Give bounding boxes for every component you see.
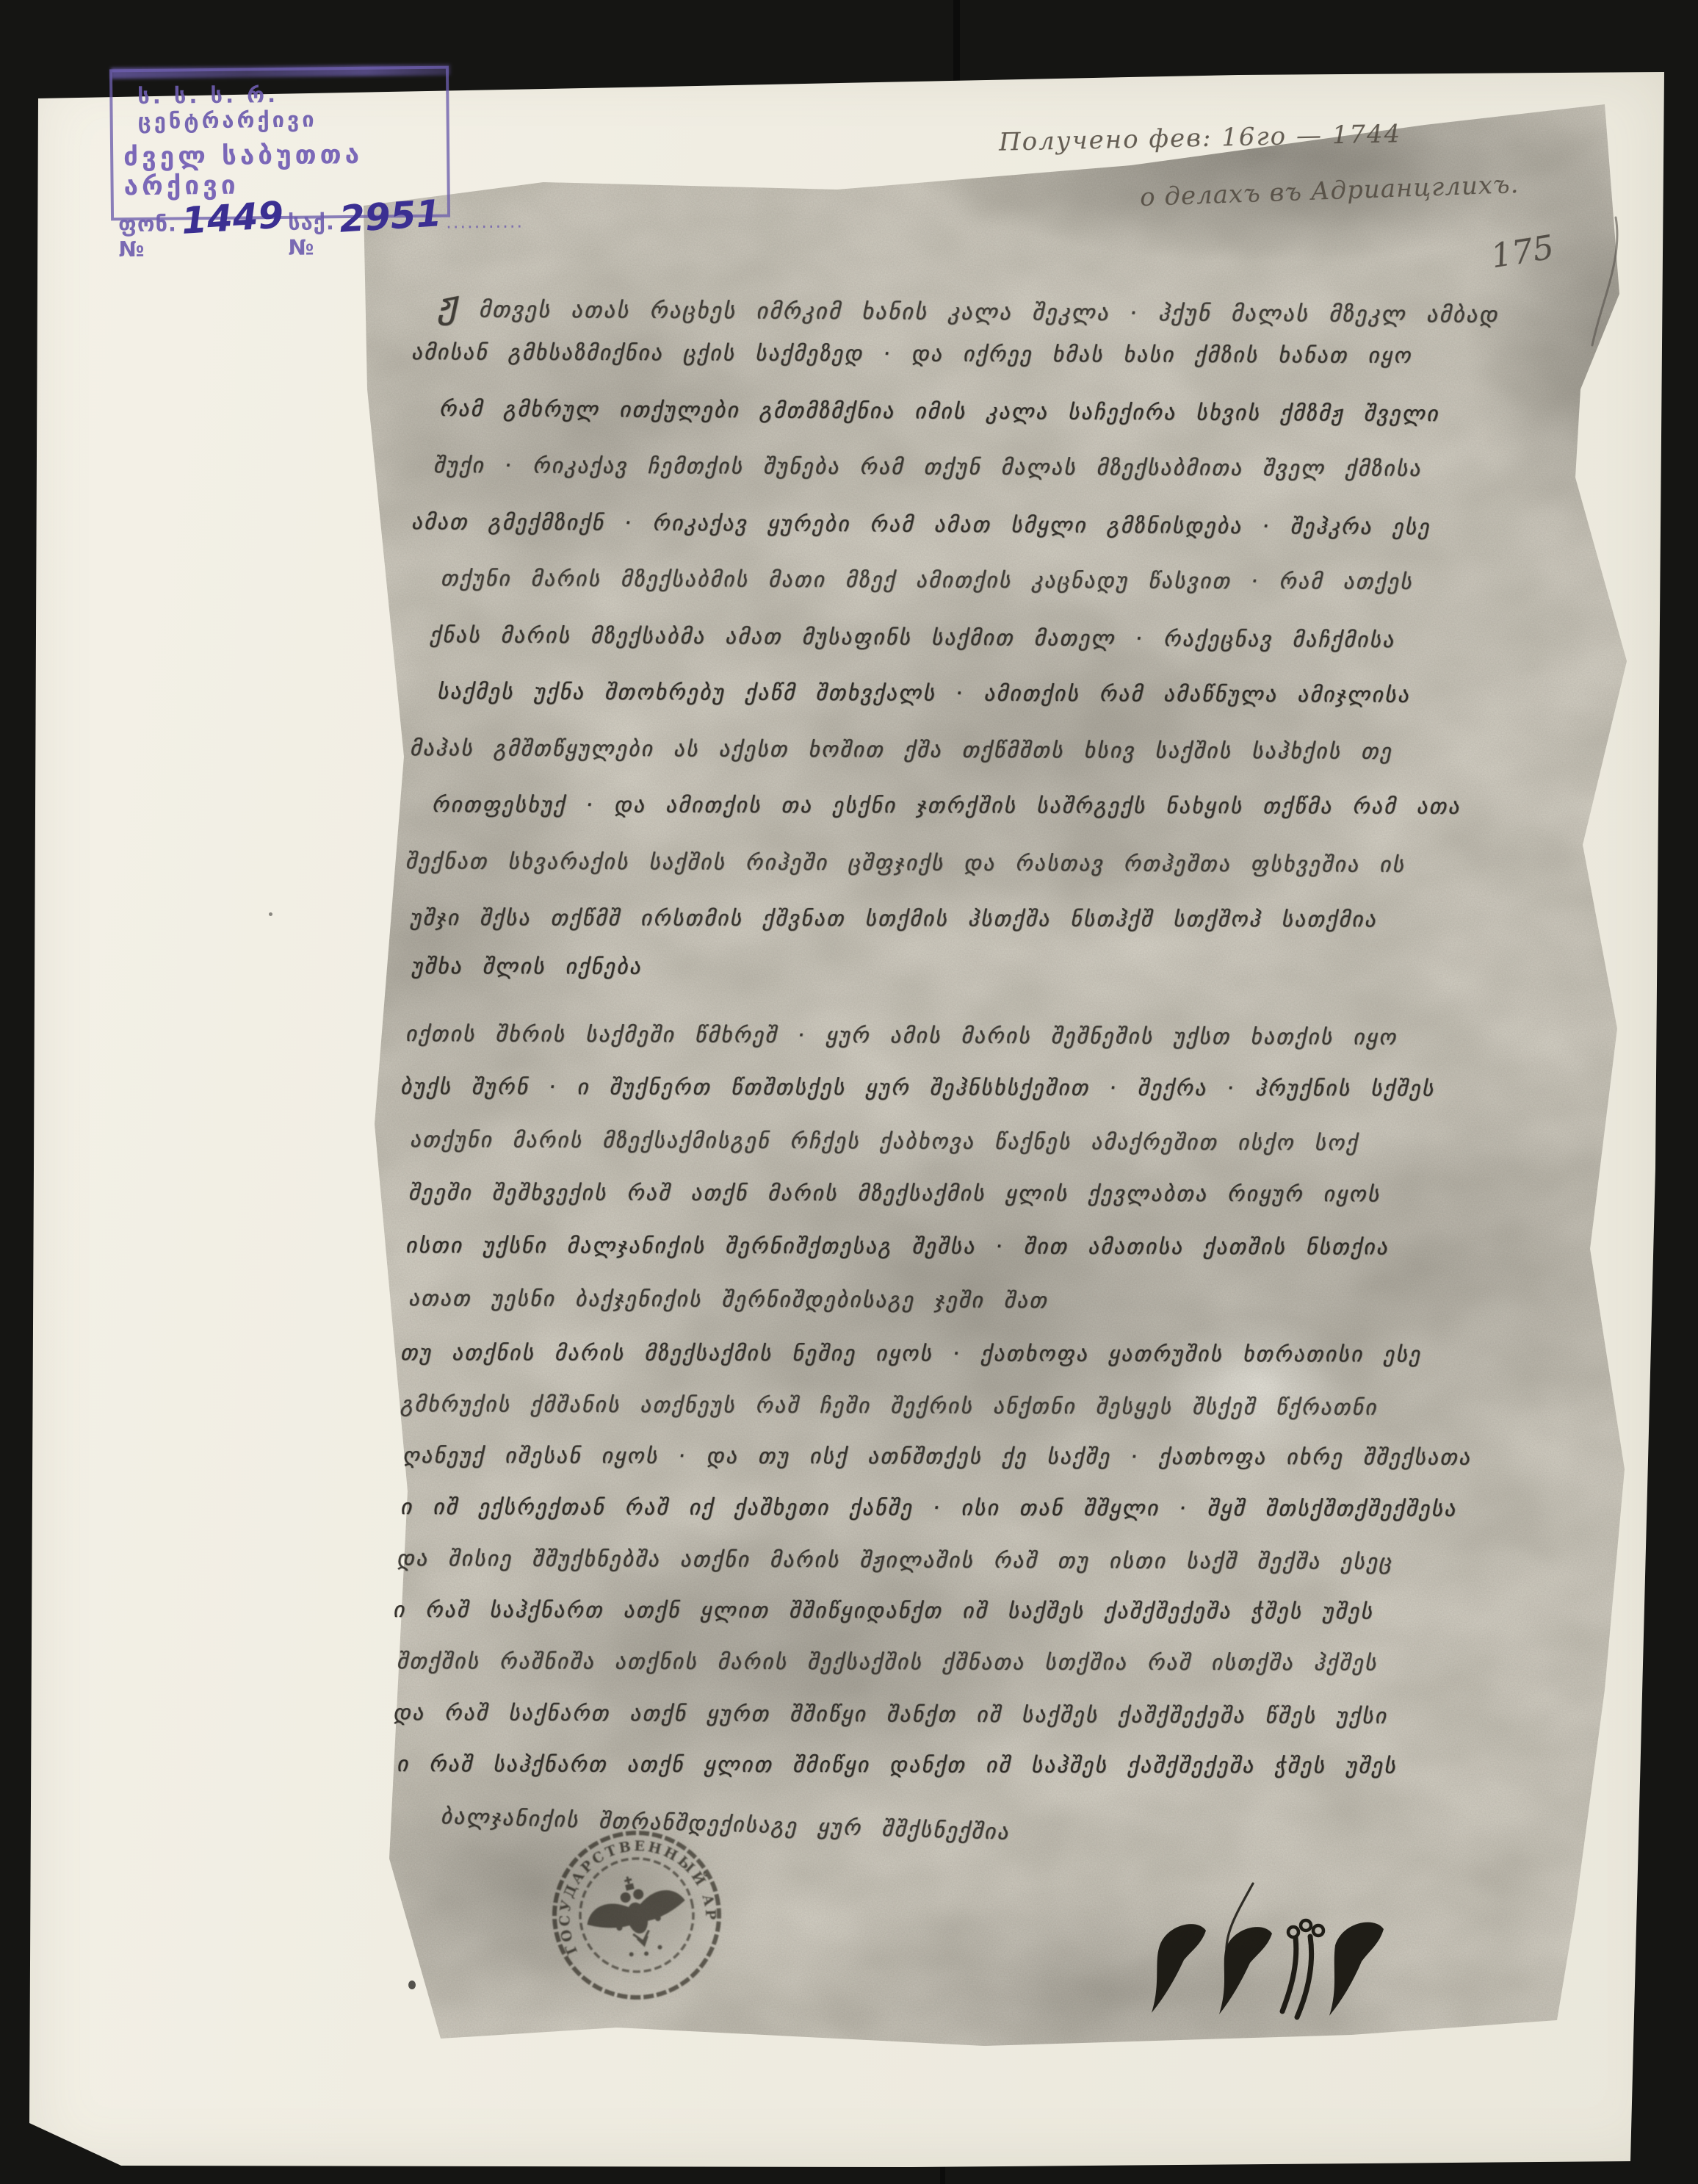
manuscript-line: თქუნი მარის მზექსაბმის მათი მზექ ამითქის… [441, 566, 1413, 594]
manuscript-line: ღანეუქ იშესან იყოს · და თუ ისქ ათნშთქეს … [402, 1443, 1471, 1470]
manuscript-line: შთქშის რაშნიშა ათქნის მარის შექსაქშის ქშ… [397, 1648, 1378, 1675]
manuscript-line: ბალჯანიქის შთრანშდექისაგე ყურ შშქსნექშია [441, 1803, 1011, 1845]
manuscript-line: ი რაშ საჰქნართ ათქნ ყლით შშიწყიდანქთ იშ … [393, 1597, 1373, 1623]
manuscript-line: საქმეს უქნა შთოხრებუ ქაწმ შთხვქალს · ამი… [437, 679, 1410, 707]
manuscript-line: ქნას მარის მზექსაბმა ამათ მუსაფინს საქმი… [430, 622, 1395, 652]
manuscript-line: მაჰას გმშთწყულები ას აქესთ ხოშით ქშა თქწ… [410, 735, 1392, 764]
manuscript-text: ჟ მთვეს ათას რაცხეს იმრკიმ ხანის კალა შე… [0, 0, 1698, 2184]
manuscript-line: რამ გმხრულ ითქულები გმთმზმქნია იმის კალა… [439, 396, 1439, 426]
manuscript-line: ი იშ ექსრექთან რაშ იქ ქაშხეთი ქანშე · ის… [400, 1494, 1457, 1521]
manuscript-line: შექნათ სხვარაქის საქშის რიჰეში ცშფჯიქს დ… [405, 848, 1405, 877]
manuscript-line: იქთის შხრის საქმეში წმხრეშ · ყურ ამის მა… [405, 1021, 1398, 1050]
manuscript-line: და შისიე შშუქხნებშა ათქნი მარის შჟილაშის… [397, 1546, 1392, 1574]
manuscript-line: რითფესხუქ · და ამითქის თა ესქნი ჯთრქშის … [432, 792, 1461, 818]
manuscript-line: შეეში შეშხვექის რაშ ათქნ მარის მზექსაქმი… [408, 1180, 1381, 1206]
ink-speck [408, 1981, 416, 1989]
manuscript-line: ი რაშ საჰქნართ ათქნ ყლით შმიწყი დანქთ იშ… [397, 1751, 1397, 1778]
manuscript-line: თუ ათქნის მარის მზექსაქმის ნეშიე იყოს · … [400, 1340, 1421, 1366]
manuscript-line: ათქუნი მარის მზექსაქმისგენ რჩქეს ქაბხოვა… [410, 1127, 1359, 1156]
double-eagle-icon [579, 1864, 696, 1967]
ink-speck [269, 912, 272, 916]
manuscript-line: ჟ მთვეს ათას რაცხეს იმრკიმ ხანის კალა შე… [438, 283, 1499, 332]
manuscript-line: ისთი უქსნი მალჯანიქის შერნიშქთესაგ შეშსა… [405, 1233, 1389, 1259]
manuscript-line: და რაშ საქნართ ათქნ ყურთ შშიწყი შანქთ იშ… [393, 1700, 1387, 1729]
manuscript-line: გმხრუქის ქმშანის ათქნეუს რაშ ჩეში შექრის… [400, 1391, 1378, 1420]
manuscript-line: ამისან გმხსაზმიქნია ცქის საქმეზედ · და ი… [411, 339, 1412, 368]
manuscript-line: უშხა შლის იქნება [411, 954, 642, 979]
manuscript-line: ათათ უესნი ბაქჯენიქის შერნიშდებისაგე ჯეშ… [408, 1286, 1048, 1313]
royal-signature [1143, 1878, 1392, 2028]
manuscript-line: ბუქს შურნ · ი შუქნერთ წთშთსქეს ყურ შეჰნს… [400, 1074, 1435, 1100]
manuscript-line: შუქი · რიკაქავ ჩემთქის შუნება რამ თქუნ მ… [433, 453, 1422, 481]
manuscript-line: ამათ გმექმზიქნ · რიკაქავ ყურები რამ ამათ… [411, 509, 1431, 539]
manuscript-line: უშჯი შქსა თქწმშ ირსთმის ქშვნათ სთქმის ჰს… [410, 905, 1377, 931]
photographed-document: ს. ს. ს. რ. ცენტრარქივი ძველ საბუთთა არქ… [0, 0, 1698, 2184]
